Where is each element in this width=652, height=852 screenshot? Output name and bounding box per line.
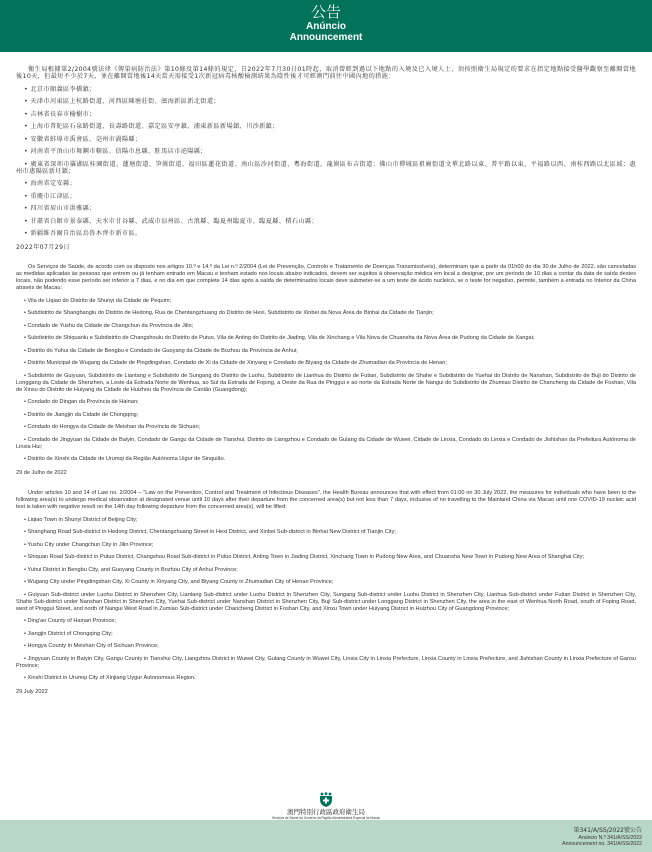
intro-en: Under articles 10 and 14 of Law no. 2/20… [16,490,636,511]
list-item: • Distrito de Xinshi da Cidade de Urumqi… [16,456,636,463]
list-item: • Condado do Hongya da Cidade de Meishan… [16,424,636,431]
list-item: • 安徽省蚌埠市禹會區、亳州市渦陽縣； [16,136,636,143]
bureau-name-zh: 澳門特別行政區政府衛生局 [0,809,652,816]
reference-en: Announcement no. 341/A/SS/2022 [562,841,642,847]
list-item: • Vila de Liqiao do Distrito de Shunyi d… [16,298,636,305]
list-item: • Jingyuan County in Baiyin City, Gangu … [16,656,636,670]
list-item: • Wugang City under Pingdingshan City, X… [16,579,636,586]
list-item: • Condado de Yushu da Cidade de Changchu… [16,323,636,330]
list-item: • 四川省眉山市洪雅縣； [16,205,636,212]
list-item: • Guiyuan Sub-district under Luohu Distr… [16,592,636,613]
list-item: • 河南省平頂山市舞鋼市轄區、信陽市息縣、駐馬店市泌陽縣； [16,148,636,155]
list-item: • 甘肅省白銀市景泰縣、天水市甘谷縣、武威市涼州區、古浪縣、臨夏州臨夏市、臨夏縣… [16,218,636,225]
list-item: • Hongya County in Meishan City of Sichu… [16,643,636,650]
list-item: • Shiquan Road Sub-district in Putuo Dis… [16,554,636,561]
footer-bar: 第341/A/SS/2022號公告 Anúncio N.º 341/A/SS/2… [0,820,652,852]
intro-zh: 衛生局根據第2/2004號法律《傳染病防治法》第10條及第14條的規定，自202… [16,66,636,80]
section-chinese: 衛生局根據第2/2004號法律《傳染病防治法》第10條及第14條的規定，自202… [16,66,636,251]
list-item: • 上海市普陀區石泉路街道、長壽路街道、嘉定區安亭鎮、浦東新區新場鎮、川沙新鎮； [16,123,636,130]
announcement-header: 公告 Anúncio Announcement [0,0,652,52]
title-zh: 公告 [0,0,652,21]
list-item: • Distrito Municipal de Wugang da Cidade… [16,360,636,367]
list-item: • 吉林省長春市榆樹市； [16,111,636,118]
list-item: • 重慶市江津區； [16,193,636,200]
list-item: • Distrito do Yuhui da Cidade de Bengbu … [16,348,636,355]
section-portuguese: Os Serviços de Saúde, de acordo com os d… [16,264,636,477]
section-english: Under articles 10 and 14 of Law no. 2/20… [16,490,636,696]
list-item: • 北京市順義區李橋鎮； [16,86,636,93]
list-item: • Ding'an County of Hainan Province; [16,618,636,625]
list-item: • Subdistrito de Guiyuan, Subdistrito de… [16,373,636,394]
health-bureau-cross-icon [319,792,333,807]
list-item: • Condado de Jingyuan da Cidade de Baiyi… [16,437,636,451]
list-item: • Yuhui District in Bengbu City, and Guo… [16,567,636,574]
list-item: • Subdistrito de Shanghanglu do Distrito… [16,310,636,317]
list-item: • Condado do Dingan da Província de Hain… [16,399,636,406]
list-item: • Xinshi District in Urumqi City of Xinj… [16,675,636,682]
date-zh: 2022年07月29日 [16,244,636,251]
health-bureau-logo: 澳門特別行政區政府衛生局 Serviços de Saúde do Govern… [0,792,652,820]
date-en: 29 July 2022 [16,689,636,696]
title-en: Announcement [0,32,652,43]
announcement-body: 衛生局根據第2/2004號法律《傳染病防治法》第10條及第14條的規定，自202… [16,66,636,696]
reference-zh: 第341/A/SS/2022號公告 [562,827,642,835]
list-item: • 天津市河東區上杭路街道、河西區陳塘莊街、濱海新區新北街道； [16,98,636,105]
list-item: • 新疆維吾爾自治區烏魯木齊市新市區。 [16,230,636,237]
announcement-reference: 第341/A/SS/2022號公告 Anúncio N.º 341/A/SS/2… [562,827,642,847]
list-item: • Yushu City under Changchun City in Jil… [16,542,636,549]
list-item: • Liqiao Town in Shunyi District of Beij… [16,517,636,524]
list-item: • Distrito de Jiangjin da Cidade de Chon… [16,412,636,419]
intro-pt: Os Serviços de Saúde, de acordo com os d… [16,264,636,292]
title-pt: Anúncio [0,21,652,32]
date-pt: 29 de Julho de 2022 [16,470,636,477]
list-item: • 海南省定安縣； [16,180,636,187]
list-item: • 廣東省深圳市羅湖區桂園街道、蓮塘街道、笋崗街道、福田區蓮花街道、南山區沙河街… [16,161,636,175]
list-item: • Jiangjin District of Chongqing City; [16,631,636,638]
list-item: • Shanghang Road Sub-district in Hedong … [16,529,636,536]
list-item: • Subdistrito de Shiquanlu e Subdistrito… [16,335,636,342]
